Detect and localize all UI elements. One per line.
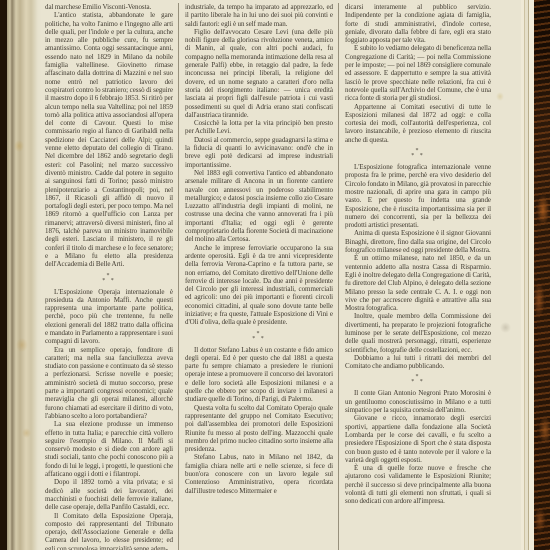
column-rule [338, 3, 339, 550]
paragraph: dal marchese Emilio Visconti-Venosta. [45, 3, 173, 11]
page-left-margin [36, 3, 45, 550]
paragraph: Cosicchè la lotta per la vita principiò … [185, 119, 333, 136]
text-column-right: dicarsi interamente al pubblico servizio… [345, 3, 491, 550]
paragraph: E subito lo vediamo delegato di benefice… [345, 44, 491, 102]
paragraph: Questa volta fu scelto dal Comitato Oper… [185, 404, 333, 454]
paragraph: dicarsi interamente al pubblico servizio… [345, 3, 491, 44]
paragraph: Anche le imprese ferroviarie occuparono … [185, 244, 333, 327]
paragraph: Anima di questa Esposizione è il signor … [345, 229, 491, 254]
page-fore-edge [521, 0, 534, 550]
paragraph: Giovane e ricco, innamorato degli eserci… [345, 414, 491, 464]
text-column-left: dal marchese Emilio Visconti-Venosta.L'a… [45, 3, 173, 550]
section-divider: ** * [185, 332, 333, 342]
paragraph: Era un semplice operajo, fonditore di ca… [45, 346, 173, 421]
paragraph: Il dottor Stefano Labus è un costante e … [185, 346, 333, 404]
paragraph: Dopo il 1892 tornò a vita privata; e si … [45, 478, 173, 511]
paragraph: Datosi al commercio, seppe guadagnarsi l… [185, 136, 333, 169]
paragraph: Stefano Labus, nato in Milano nel 1842, … [185, 453, 333, 494]
text-column-middle: industriale, da tempo ha imparato ad app… [185, 3, 333, 550]
section-divider: ** * [45, 274, 173, 284]
section-divider: ** * [345, 149, 491, 159]
paragraph: Dobbiamo a lui tutti i ritratti dei memb… [345, 354, 491, 371]
book-cover-marbled-edge [534, 0, 550, 550]
paragraph: Appartenne ai Comitati esecutivi di tutt… [345, 103, 491, 144]
paragraph: Il Comitato della Esposizione Operaja, c… [45, 512, 173, 550]
paragraph: industriale, da tempo ha imparato ad app… [185, 3, 333, 28]
scanned-book-page: dal marchese Emilio Visconti-Venosta.L'a… [0, 0, 550, 550]
paragraph: Figlio dell'avvocato Cesare Levi (una de… [185, 28, 333, 119]
paragraph: L'Esposizione fotografica internazionale… [345, 163, 491, 229]
paragraph: L'antico statista, abbandonate le gare p… [45, 11, 173, 268]
paragraph: È un ottimo milanese, nato nel 1850, e d… [345, 254, 491, 312]
paragraph: Inoltre, quale membro della Commissione … [345, 312, 491, 353]
paragraph: La sua elezione produsse un immenso effe… [45, 420, 173, 478]
paragraph: L'Esposizione Operaja internazionale è p… [45, 288, 173, 346]
section-divider: ** * [345, 375, 491, 385]
column-rule [178, 3, 179, 550]
paragraph: Il conte Gian Antonio Negroni Prato Moro… [345, 389, 491, 414]
printed-page: dal marchese Emilio Visconti-Venosta.L'a… [36, 0, 524, 550]
column-gap [173, 3, 185, 550]
column-gap [333, 3, 345, 550]
paragraph: Nel 1883 egli convertiva l'antico ed abb… [185, 169, 333, 244]
paragraph: È una di quelle forze nuove e fresche ch… [345, 464, 491, 505]
